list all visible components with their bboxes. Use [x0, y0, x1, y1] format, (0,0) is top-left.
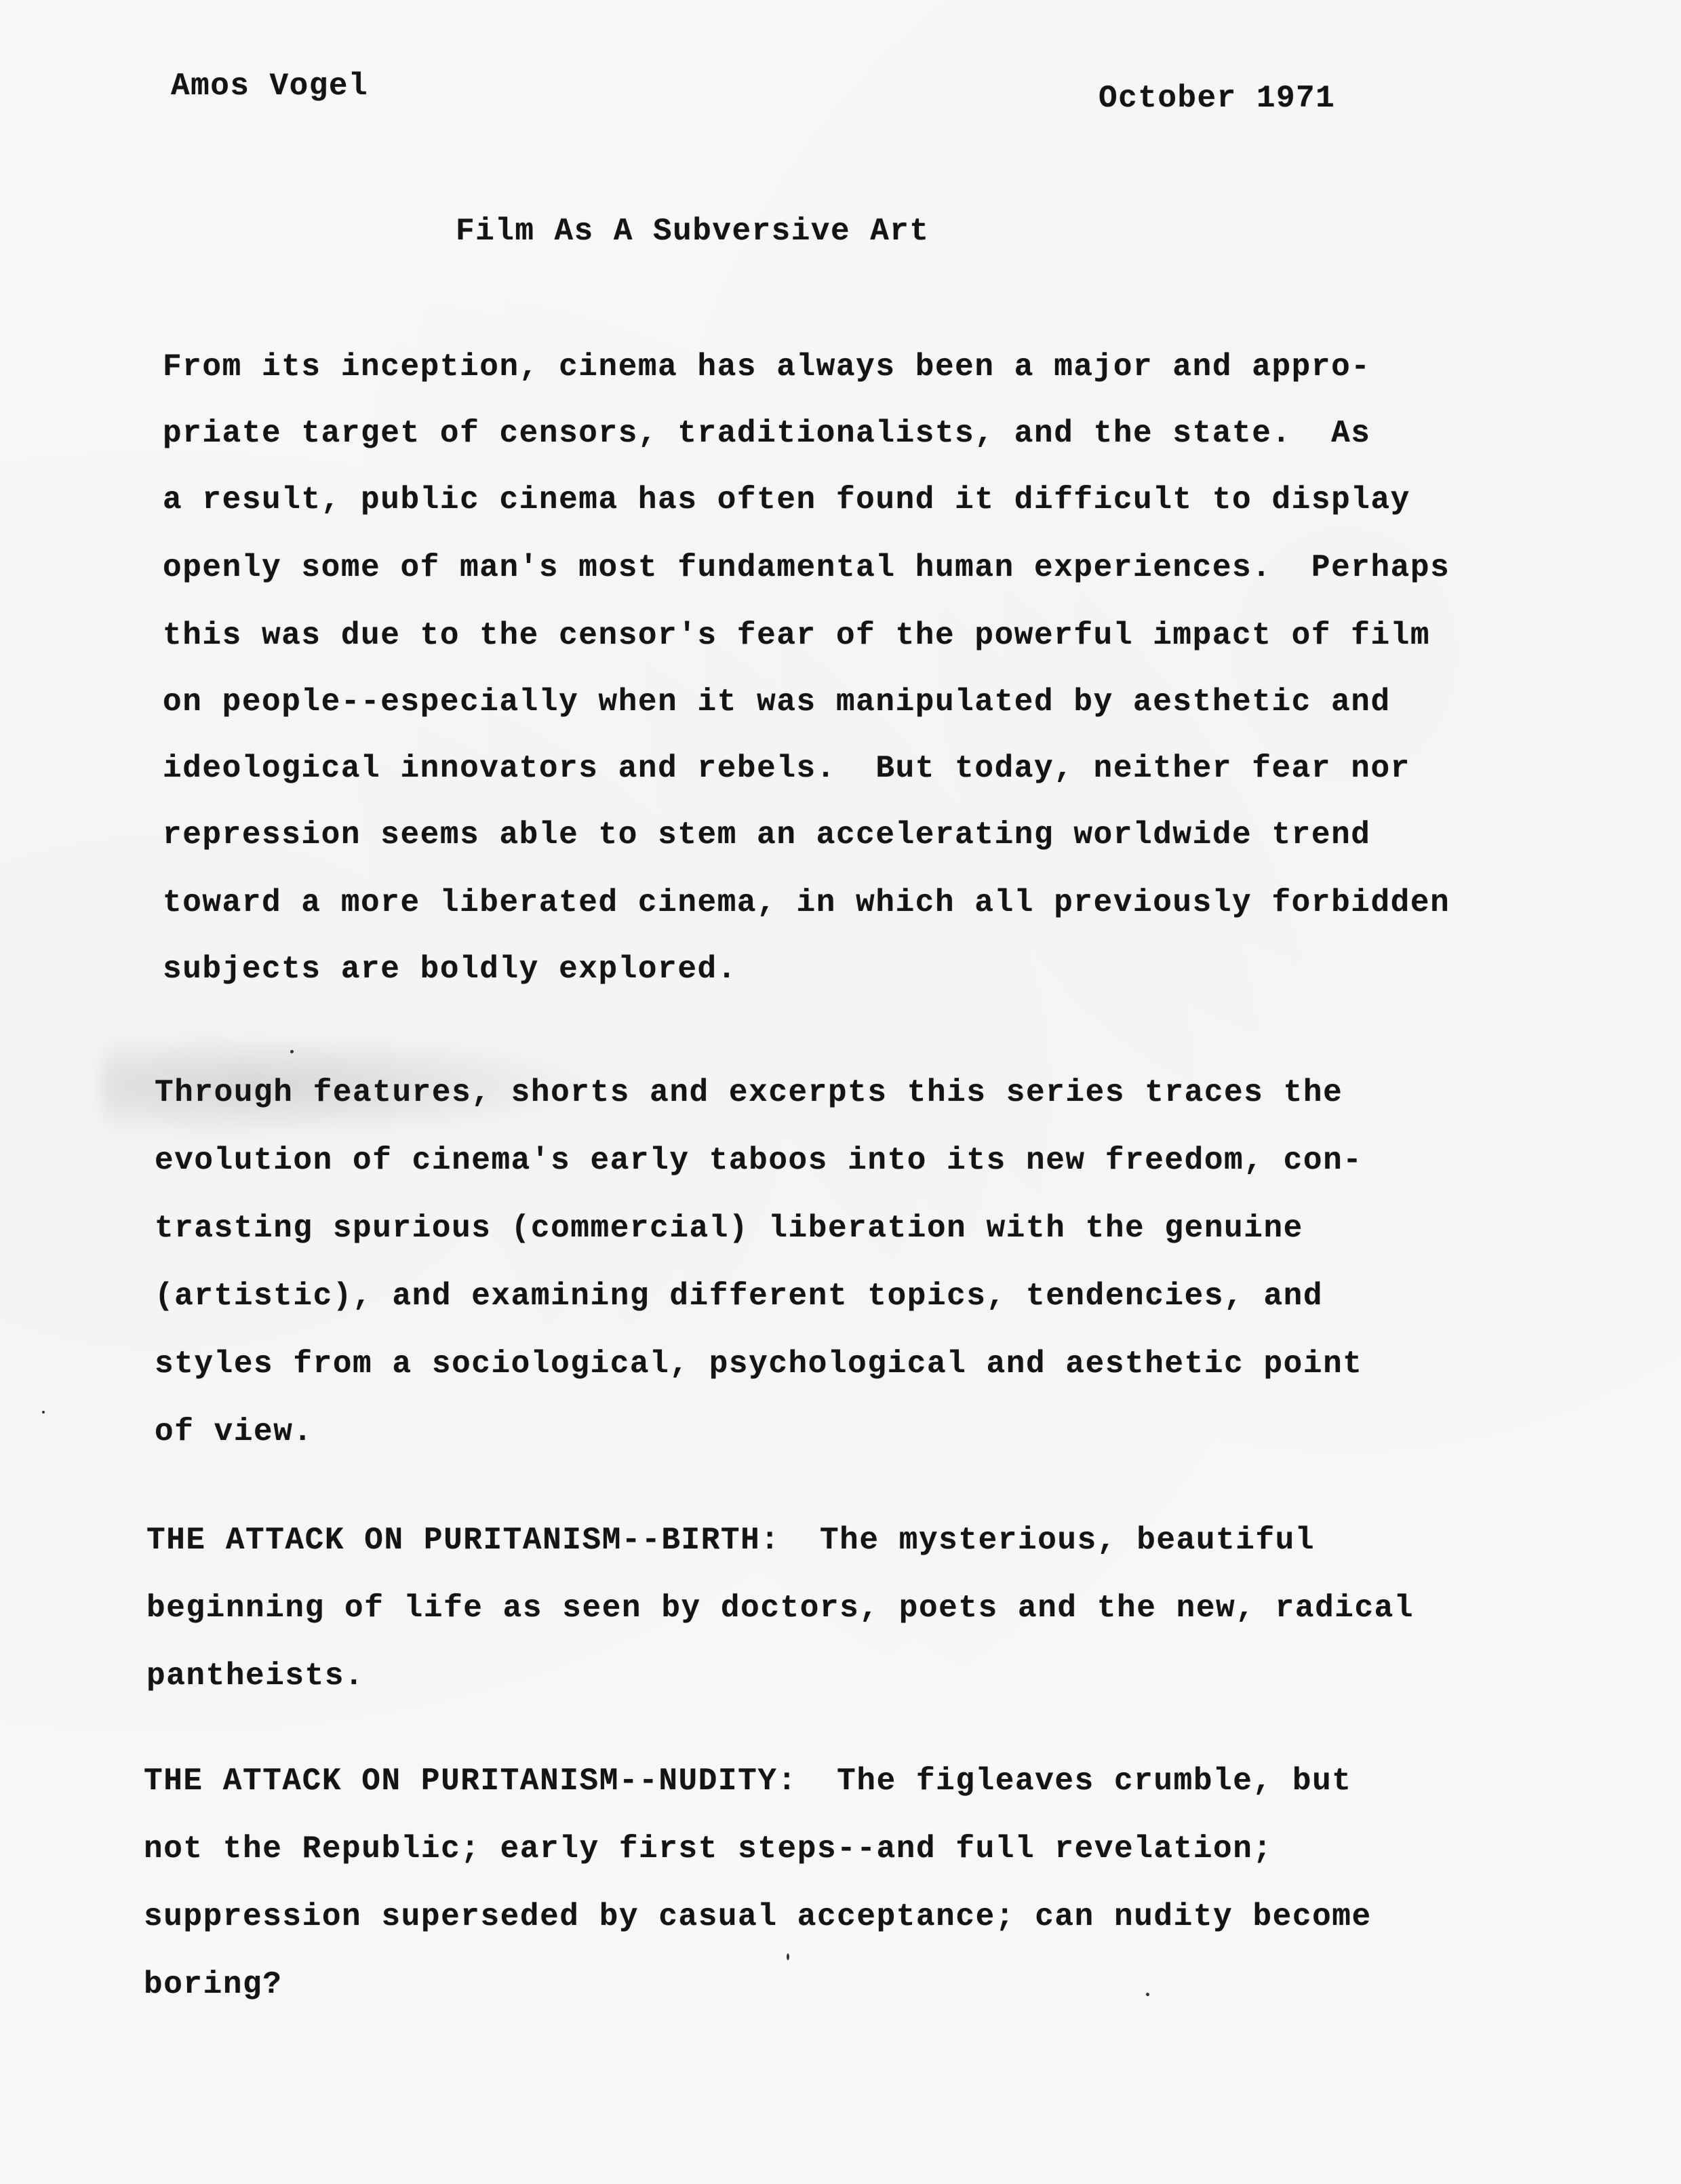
text-line: trasting spurious (commercial) liberatio…	[155, 1211, 1303, 1246]
text-line: styles from a sociological, psychologica…	[155, 1346, 1362, 1382]
text-line: boring?	[144, 1967, 282, 2002]
text-line: a result, public cinema has often found …	[163, 482, 1410, 518]
text-line: priate target of censors, traditionalist…	[163, 416, 1370, 451]
text-line: openly some of man's most fundamental hu…	[163, 550, 1450, 585]
text-line: on people--especially when it was manipu…	[163, 684, 1391, 720]
typewritten-page: Amos Vogel October 1971 Film As A Subver…	[0, 0, 1681, 2184]
text-line: pantheists.	[146, 1658, 364, 1694]
text-line: beginning of life as seen by doctors, po…	[146, 1591, 1414, 1626]
text-line: Through features, shorts and excerpts th…	[155, 1075, 1343, 1110]
text-line: (artistic), and examining different topi…	[155, 1279, 1323, 1314]
text-line: not the Republic; early first steps--and…	[144, 1831, 1273, 1867]
ink-speck	[787, 1953, 789, 1960]
text-line: toward a more liberated cinema, in which…	[163, 885, 1450, 920]
text-line: repression seems able to stem an acceler…	[163, 817, 1370, 853]
author-name: Amos Vogel	[171, 71, 368, 102]
document-title: Film As A Subversive Art	[456, 216, 930, 247]
text-line: this was due to the censor's fear of the…	[163, 618, 1430, 653]
text-line: ideological innovators and rebels. But t…	[163, 751, 1410, 786]
ink-speck	[42, 1411, 45, 1413]
text-line: subjects are boldly explored.	[163, 952, 737, 987]
text-line: evolution of cinema's early taboos into …	[155, 1143, 1362, 1178]
text-line: THE ATTACK ON PURITANISM--BIRTH: The mys…	[146, 1523, 1315, 1558]
text-line: From its inception, cinema has always be…	[163, 349, 1370, 385]
text-line: of view.	[155, 1414, 313, 1449]
text-line: THE ATTACK ON PURITANISM--NUDITY: The fi…	[144, 1763, 1351, 1799]
document-date: October 1971	[1099, 83, 1335, 114]
ink-speck	[1146, 1993, 1149, 1996]
text-line: suppression superseded by casual accepta…	[144, 1899, 1372, 1934]
ink-speck	[290, 1050, 294, 1053]
